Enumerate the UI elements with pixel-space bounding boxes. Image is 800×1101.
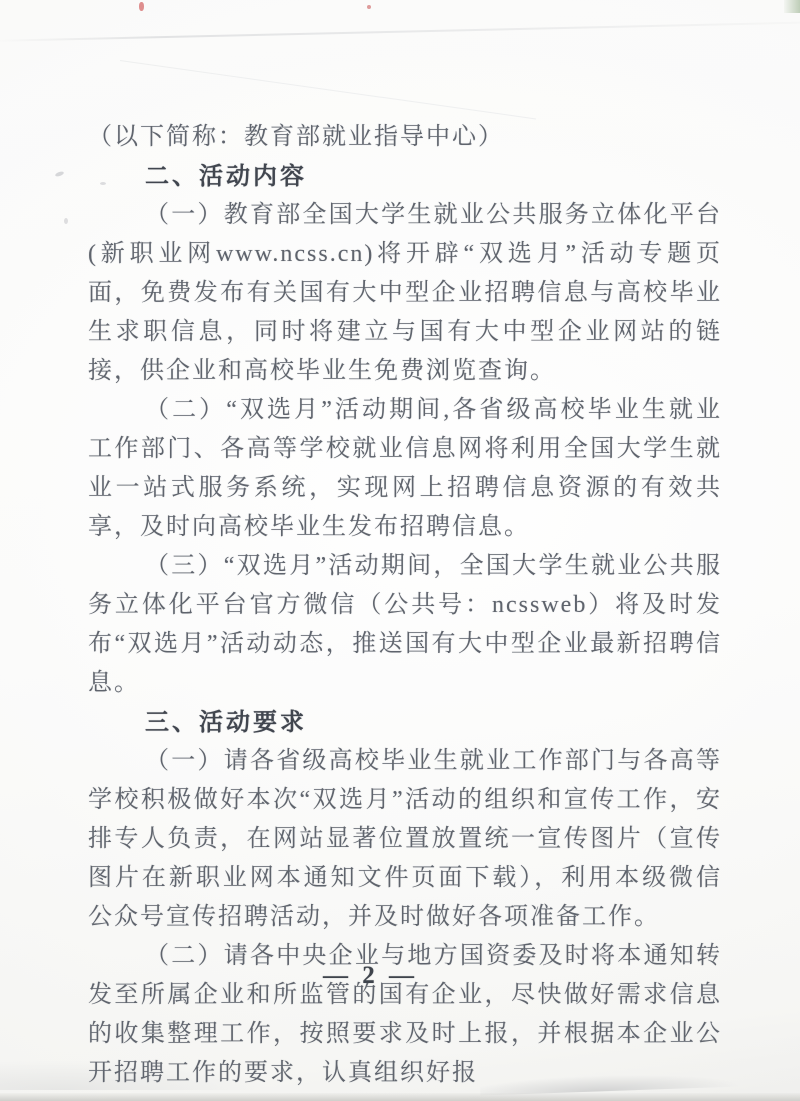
paragraph: （一）教育部全国大学生就业公共服务立体化平台(新职业网www.ncss.cn)将… (88, 196, 722, 391)
paper-crease-line (120, 60, 536, 119)
intro-line: （以下简称：教育部就业指导中心） (88, 118, 722, 157)
paragraph: （二）“双选月”活动期间,各省级高校毕业生就业工作部门、各高等学校就业信息网将利… (88, 391, 722, 547)
paper-crease-line (0, 21, 800, 42)
red-ink-speck (367, 5, 371, 9)
paragraph: （二）请各中央企业与地方国资委及时将本通知转发至所属企业和所监管的国有企业，尽快… (88, 937, 722, 1093)
scan-edge-artifact (784, 0, 800, 13)
section-heading-activity-content: 二、活动内容 (88, 157, 722, 196)
paper-blemish (55, 171, 65, 178)
page-number: — 2 — (88, 962, 653, 990)
scanned-document-page: （以下简称：教育部就业指导中心） 二、活动内容 （一）教育部全国大学生就业公共服… (0, 0, 800, 1101)
section-heading-activity-requirements: 三、活动要求 (88, 703, 722, 742)
paragraph: （一）请各省级高校毕业生就业工作部门与各高等学校积极做好本次“双选月”活动的组织… (88, 742, 722, 937)
red-ink-speck (139, 2, 144, 11)
document-body: （以下简称：教育部就业指导中心） 二、活动内容 （一）教育部全国大学生就业公共服… (88, 118, 722, 1093)
paper-blemish (64, 218, 68, 224)
paragraph: （三）“双选月”活动期间，全国大学生就业公共服务立体化平台官方微信（公共号：nc… (88, 547, 722, 703)
paper-bottom-edge (0, 1093, 800, 1101)
